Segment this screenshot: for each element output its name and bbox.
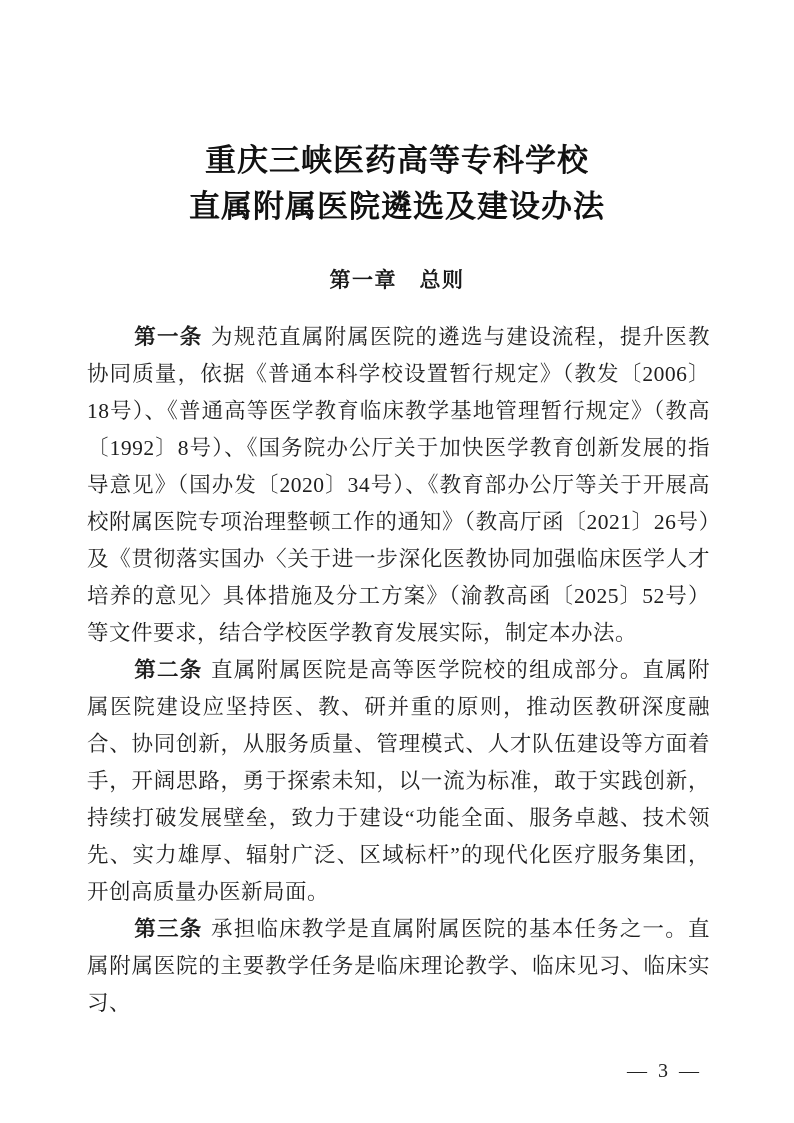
article-1-label: 第一条 bbox=[134, 325, 202, 349]
title-line-1: 重庆三峡医药高等专科学校 bbox=[0, 138, 794, 184]
document-page: 重庆三峡医药高等专科学校 直属附属医院遴选及建设办法 第一章 总则 第一条为规范… bbox=[0, 0, 794, 1123]
paragraph-article-3: 第三条承担临床教学是直属附属医院的基本任务之一。直属附属医院的主要教学任务是临床… bbox=[87, 911, 710, 1022]
paragraph-article-1: 第一条为规范直属附属医院的遴选与建设流程，提升医教协同质量，依据《普通本科学校设… bbox=[87, 319, 710, 652]
article-1-text: 为规范直属附属医院的遴选与建设流程，提升医教协同质量，依据《普通本科学校设置暂行… bbox=[87, 325, 710, 645]
document-title: 重庆三峡医药高等专科学校 直属附属医院遴选及建设办法 bbox=[0, 0, 794, 230]
paragraph-article-2: 第二条直属附属医院是高等医学院校的组成部分。直属附属医院建设应坚持医、教、研并重… bbox=[87, 652, 710, 911]
document-body: 第一条为规范直属附属医院的遴选与建设流程，提升医教协同质量，依据《普通本科学校设… bbox=[87, 319, 710, 1022]
article-2-text: 直属附属医院是高等医学院校的组成部分。直属附属医院建设应坚持医、教、研并重的原则… bbox=[87, 658, 710, 904]
chapter-heading: 第一章 总则 bbox=[0, 264, 794, 294]
page-number: — 3 — bbox=[627, 1060, 702, 1083]
article-3-label: 第三条 bbox=[134, 917, 202, 941]
title-line-2: 直属附属医院遴选及建设办法 bbox=[0, 184, 794, 230]
article-2-label: 第二条 bbox=[134, 658, 202, 682]
